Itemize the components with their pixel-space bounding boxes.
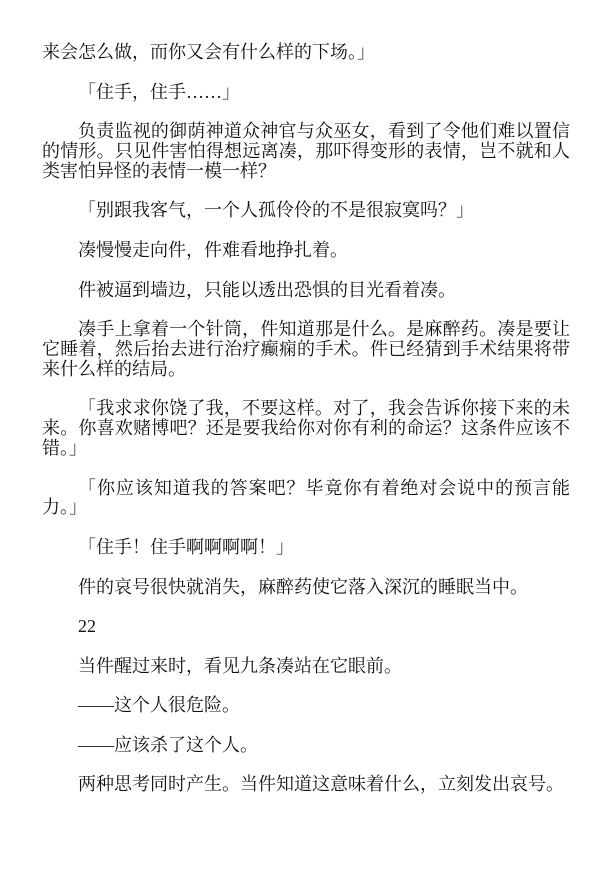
paragraph-thought: ——应该杀了这个人。 <box>42 736 570 756</box>
paragraph: 件的哀号很快就消失，麻醉药使它落入深沉的睡眠当中。 <box>42 578 570 598</box>
paragraph-dialogue: 「你应该知道我的答案吧？毕竟你有着绝对会说中的预言能力。」 <box>42 479 570 519</box>
paragraph: 凑慢慢走向件，件难看地挣扎着。 <box>42 241 570 261</box>
paragraph: 负责监视的御荫神道众神官与众巫女，看到了令他们难以置信的情形。只见件害怕得想远离… <box>42 122 570 181</box>
paragraph-dialogue: 「别跟我客气，一个人孤伶伶的不是很寂寞吗？」 <box>42 201 570 221</box>
paragraph-continuation: 来会怎么做，而你又会有什么样的下场。」 <box>42 43 570 63</box>
paragraph-dialogue: 「住手，住手……」 <box>42 83 570 103</box>
book-page: 来会怎么做，而你又会有什么样的下场。」 「住手，住手……」 负责监视的御荫神道众… <box>0 0 613 869</box>
paragraph: 两种思考同时产生。当件知道这意味着什么，立刻发出哀号。 <box>42 775 570 795</box>
paragraph-dialogue: 「住手！住手啊啊啊啊！」 <box>42 538 570 558</box>
paragraph: 件被逼到墙边，只能以透出恐惧的目光看着凑。 <box>42 281 570 301</box>
section-number: 22 <box>42 617 570 637</box>
paragraph-thought: ——这个人很危险。 <box>42 696 570 716</box>
paragraph: 当件醒过来时，看见九条凑站在它眼前。 <box>42 657 570 677</box>
paragraph: 凑手上拿着一个针筒，件知道那是什么。是麻醉药。凑是要让它睡着，然后抬去进行治疗癫… <box>42 320 570 379</box>
paragraph-dialogue: 「我求求你饶了我，不要这样。对了，我会告诉你接下来的未来。你喜欢赌博吧？还是要我… <box>42 399 570 458</box>
